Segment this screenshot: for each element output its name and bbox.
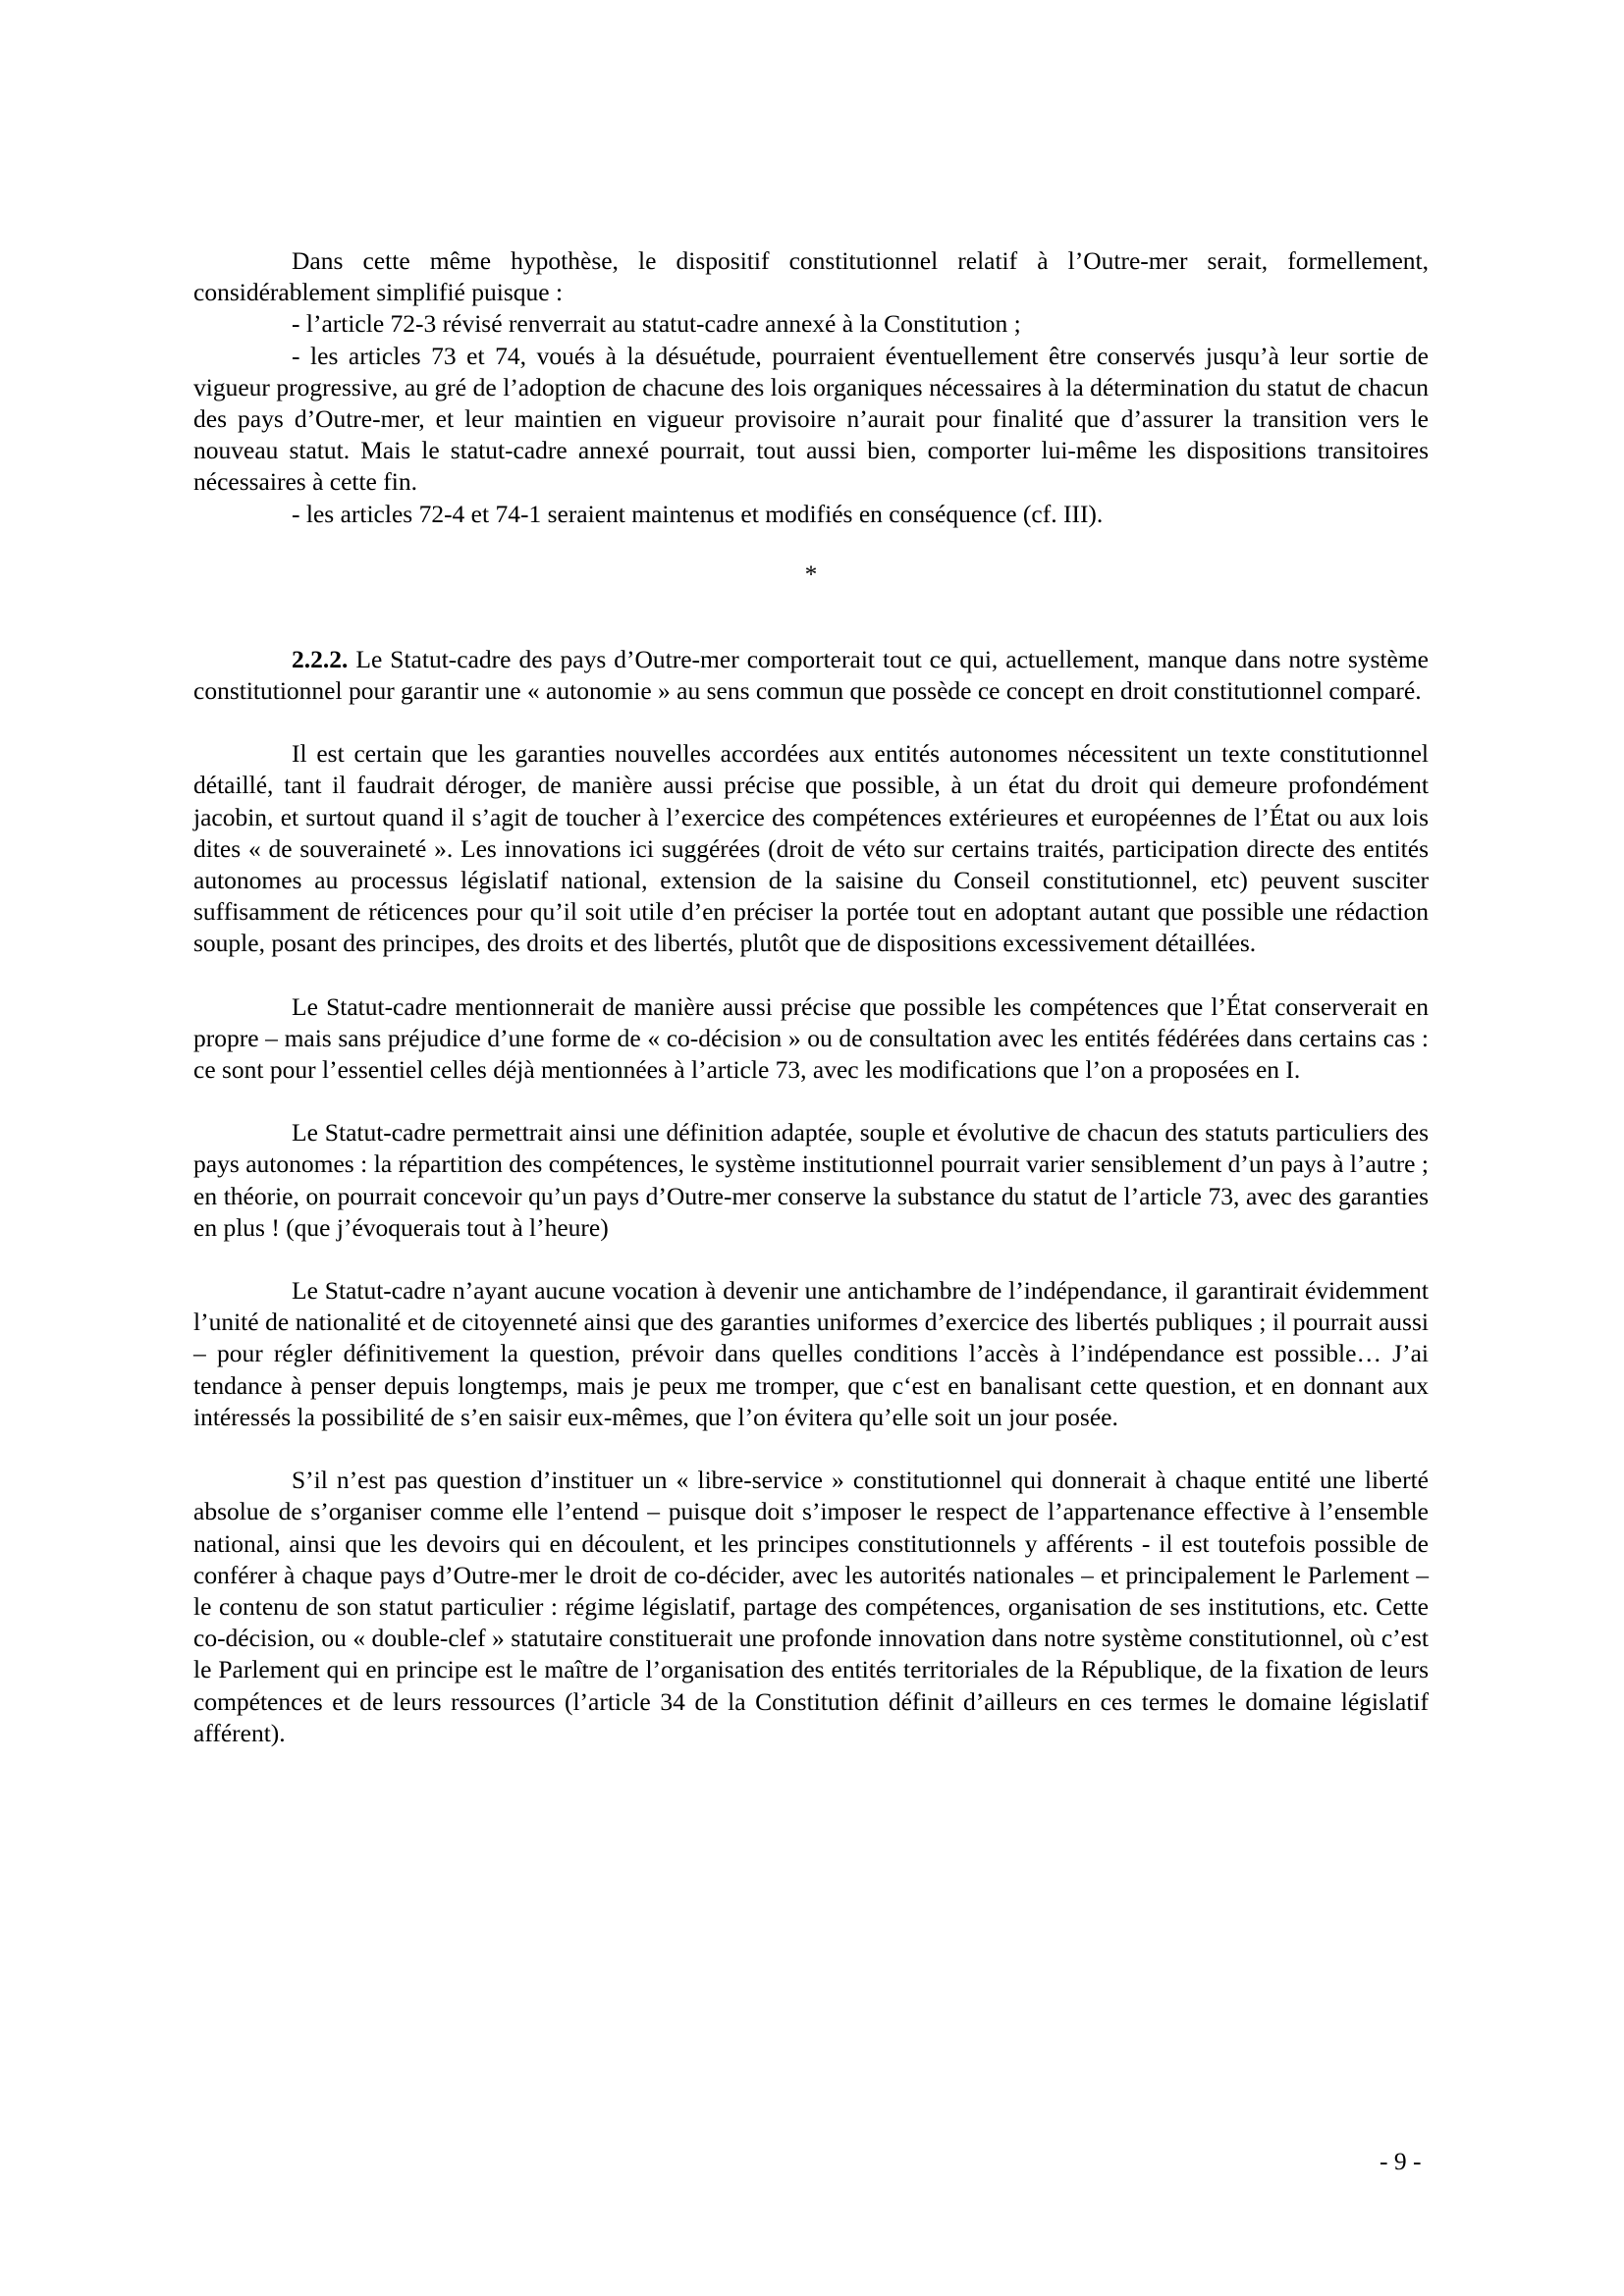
page-number: - 9 - bbox=[1380, 2146, 1421, 2177]
paragraph-competences-etat: Le Statut-cadre mentionnerait de manière… bbox=[193, 991, 1429, 1087]
bullet-item-article-72-3: - l’article 72-3 révisé renverrait au st… bbox=[193, 308, 1429, 340]
paragraph-co-decision: S’il n’est pas question d’instituer un «… bbox=[193, 1465, 1429, 1749]
section-heading-paragraph: 2.2.2. Le Statut-cadre des pays d’Outre-… bbox=[193, 644, 1429, 707]
section-intro-text: Le Statut-cadre des pays d’Outre-mer com… bbox=[193, 645, 1429, 705]
bullet-item-articles-73-74: - les articles 73 et 74, voués à la désu… bbox=[193, 341, 1429, 499]
bullet-item-articles-72-4-74-1: - les articles 72-4 et 74-1 seraient mai… bbox=[193, 499, 1429, 530]
intro-paragraph: Dans cette même hypothèse, le dispositif… bbox=[193, 245, 1429, 308]
section-number: 2.2.2. bbox=[292, 645, 348, 673]
document-page: Dans cette même hypothèse, le dispositif… bbox=[193, 245, 1429, 1749]
paragraph-garanties: Il est certain que les garanties nouvell… bbox=[193, 738, 1429, 959]
paragraph-definition-adaptee: Le Statut-cadre permettrait ainsi une dé… bbox=[193, 1117, 1429, 1244]
section-separator: * bbox=[193, 556, 1429, 595]
paragraph-independance: Le Statut-cadre n’ayant aucune vocation … bbox=[193, 1275, 1429, 1433]
